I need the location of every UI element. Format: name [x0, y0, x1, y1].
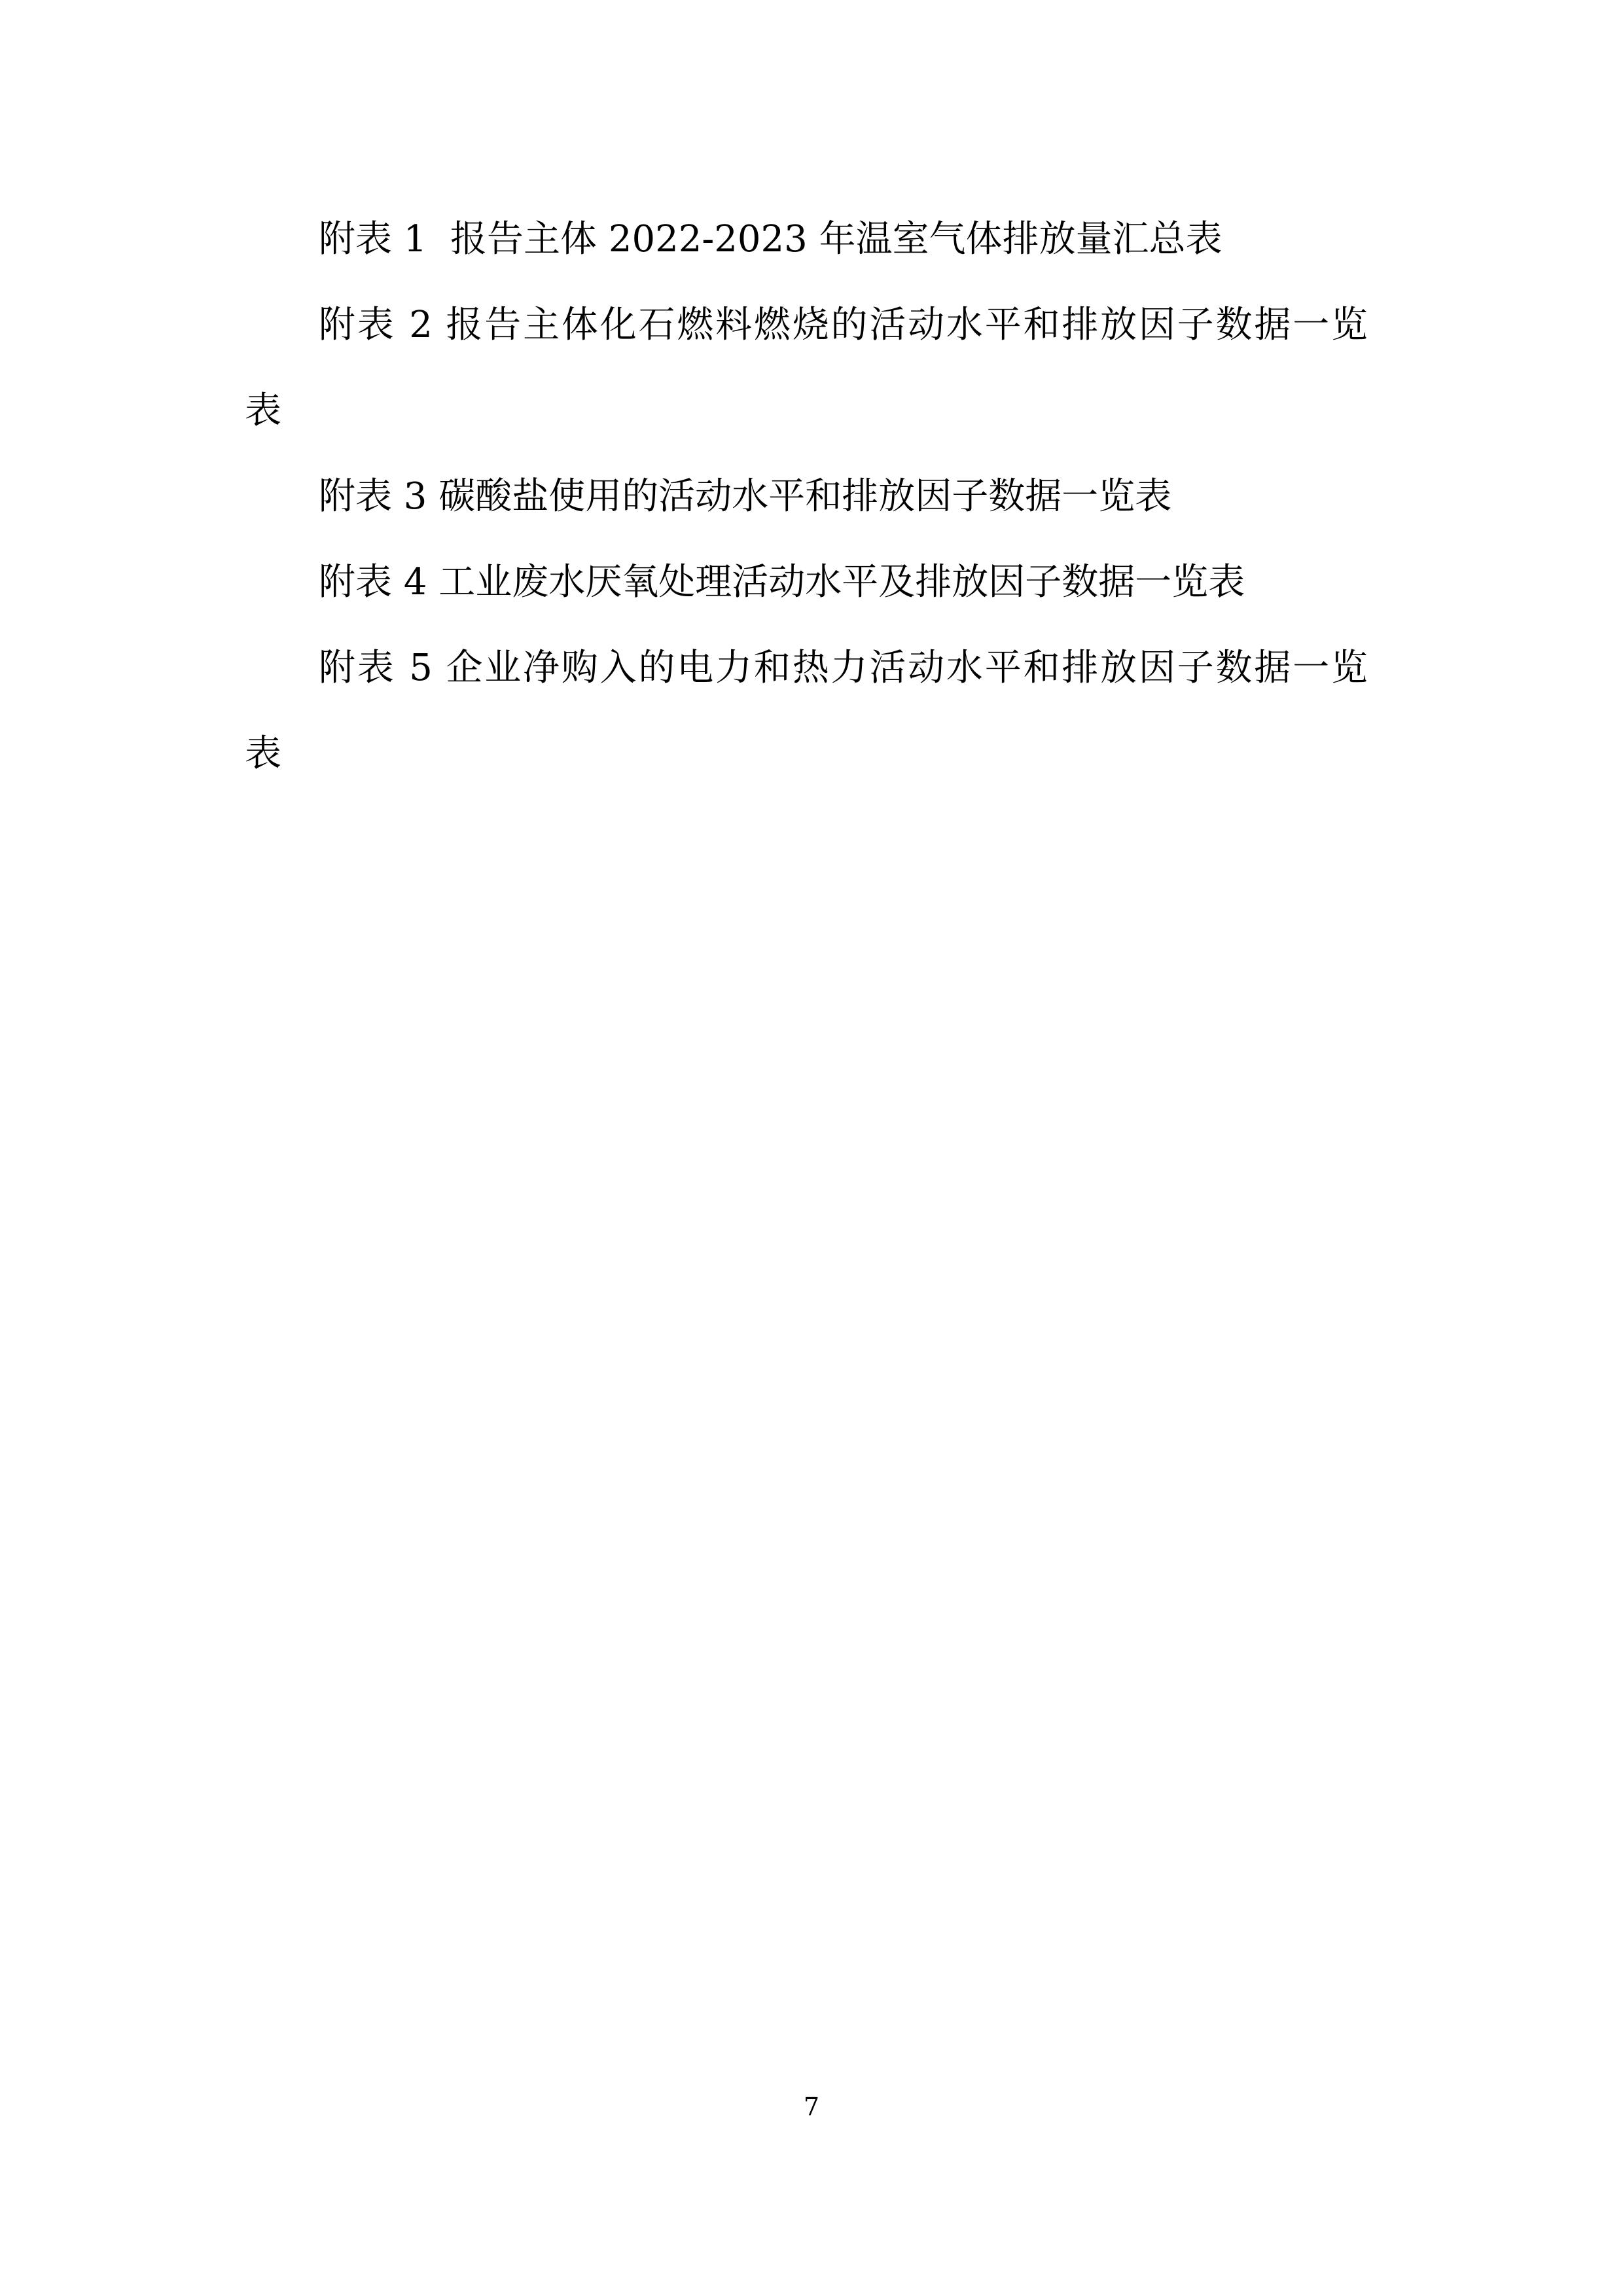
appendix-table-list: 附表 1 报告主体 2022-2023 年温室气体排放量汇总表附表 2 报告主体… [245, 196, 1368, 797]
appendix-line: 附表 1 报告主体 2022-2023 年温室气体排放量汇总表 [245, 196, 1368, 282]
appendix-line: 附表 3 碳酸盐使用的活动水平和排放因子数据一览表 [245, 454, 1368, 539]
appendix-line: 表 [245, 711, 1368, 797]
appendix-line: 附表 2 报告主体化石燃料燃烧的活动水平和排放因子数据一览 [245, 282, 1368, 368]
page-number: 7 [0, 2094, 1623, 2119]
document-page: 附表 1 报告主体 2022-2023 年温室气体排放量汇总表附表 2 报告主体… [0, 0, 1623, 2296]
appendix-line: 表 [245, 368, 1368, 454]
appendix-line: 附表 4 工业废水厌氧处理活动水平及排放因子数据一览表 [245, 539, 1368, 625]
appendix-line: 附表 5 企业净购入的电力和热力活动水平和排放因子数据一览 [245, 625, 1368, 711]
